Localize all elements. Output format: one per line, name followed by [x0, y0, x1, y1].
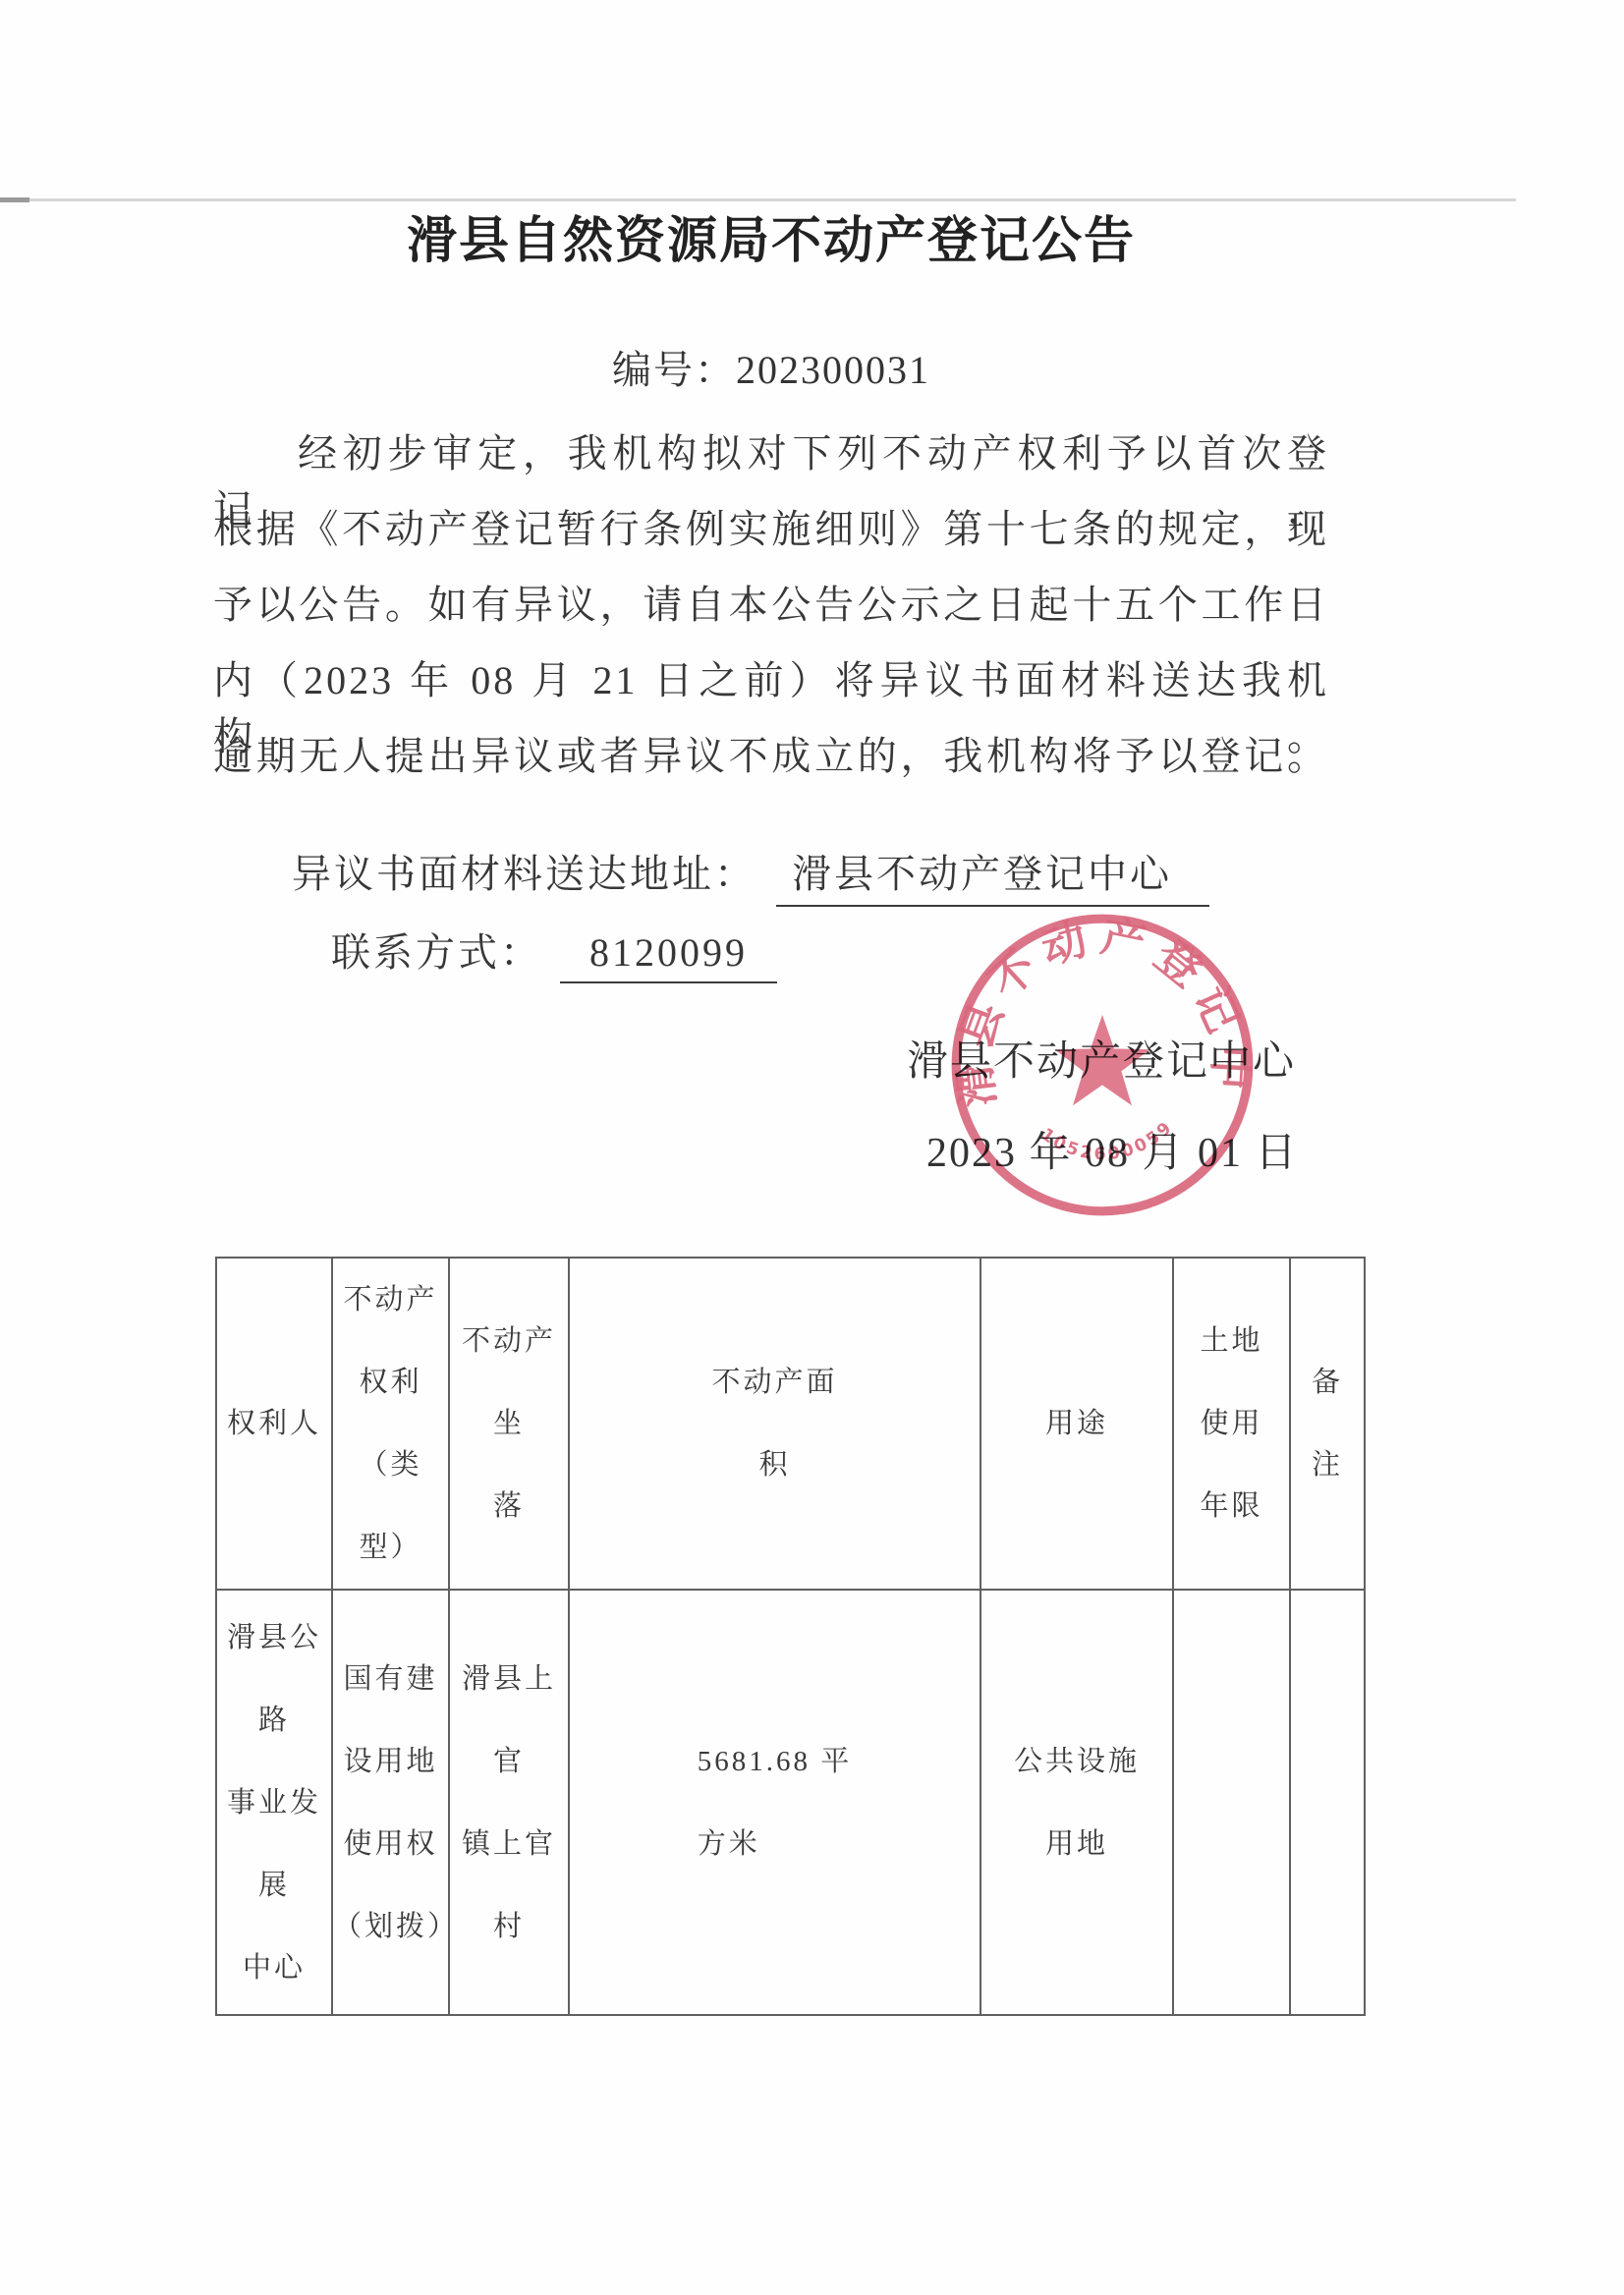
header-rights-holder: 权利人	[216, 1258, 332, 1590]
contact-line: 联系方式：8120099	[331, 922, 777, 983]
address-label: 异议书面材料送达地址：	[292, 852, 756, 896]
table-row: 滑县公路 事业发展 中心 国有建 设用地 使用权 （划拨） 滑县上官 镇上官村 …	[216, 1590, 1365, 2015]
cell-right-type: 国有建 设用地 使用权 （划拨）	[332, 1590, 449, 2015]
cell-usage: 公共设施 用地	[980, 1590, 1173, 2015]
address-line: 异议书面材料送达地址：滑县不动产登记中心	[292, 843, 1209, 907]
header-remarks: 备 注	[1290, 1258, 1365, 1590]
body-line-2: 根据《不动产登记暂行条例实施细则》第十七条的规定，现	[213, 498, 1329, 554]
cell-rights-holder: 滑县公路 事业发展 中心	[216, 1590, 332, 2015]
header-area: 不动产面 积	[569, 1258, 980, 1590]
header-land-use-term: 土地 使用 年限	[1173, 1258, 1290, 1590]
registration-table: 权利人 不动产 权利（类 型） 不动产坐 落 不动产面 积 用途 土地 使用 年…	[215, 1257, 1366, 2016]
page-title: 滑县自然资源局不动产登记公告	[213, 199, 1329, 272]
scan-artifact-notch	[0, 197, 29, 202]
header-location: 不动产坐 落	[449, 1258, 569, 1590]
cell-remarks	[1290, 1590, 1365, 2015]
contact-label: 联系方式：	[331, 930, 542, 975]
body-line-5: 逾期无人提出异议或者异议不成立的，我机构将予以登记。	[213, 725, 1329, 781]
address-value: 滑县不动产登记中心	[776, 843, 1209, 907]
cell-area: 5681.68 平 方米	[569, 1590, 980, 2015]
cell-location: 滑县上官 镇上官村	[449, 1590, 569, 2015]
header-usage: 用途	[980, 1258, 1173, 1590]
header-right-type: 不动产 权利（类 型）	[332, 1258, 449, 1590]
body-line-3: 予以公告。如有异议，请自本公告公示之日起十五个工作日	[213, 574, 1329, 630]
table-header-row: 权利人 不动产 权利（类 型） 不动产坐 落 不动产面 积 用途 土地 使用 年…	[216, 1258, 1365, 1590]
document-page: 滑县自然资源局不动产登记公告 编号：202300031 经初步审定，我机构拟对下…	[0, 0, 1624, 2295]
official-seal: 滑县不动产登记中心 105260005997	[945, 908, 1260, 1222]
seal-star-icon	[1054, 1015, 1149, 1105]
document-number: 编号：202300031	[213, 339, 1329, 395]
contact-value: 8120099	[560, 929, 777, 983]
cell-land-use-term	[1173, 1590, 1290, 2015]
